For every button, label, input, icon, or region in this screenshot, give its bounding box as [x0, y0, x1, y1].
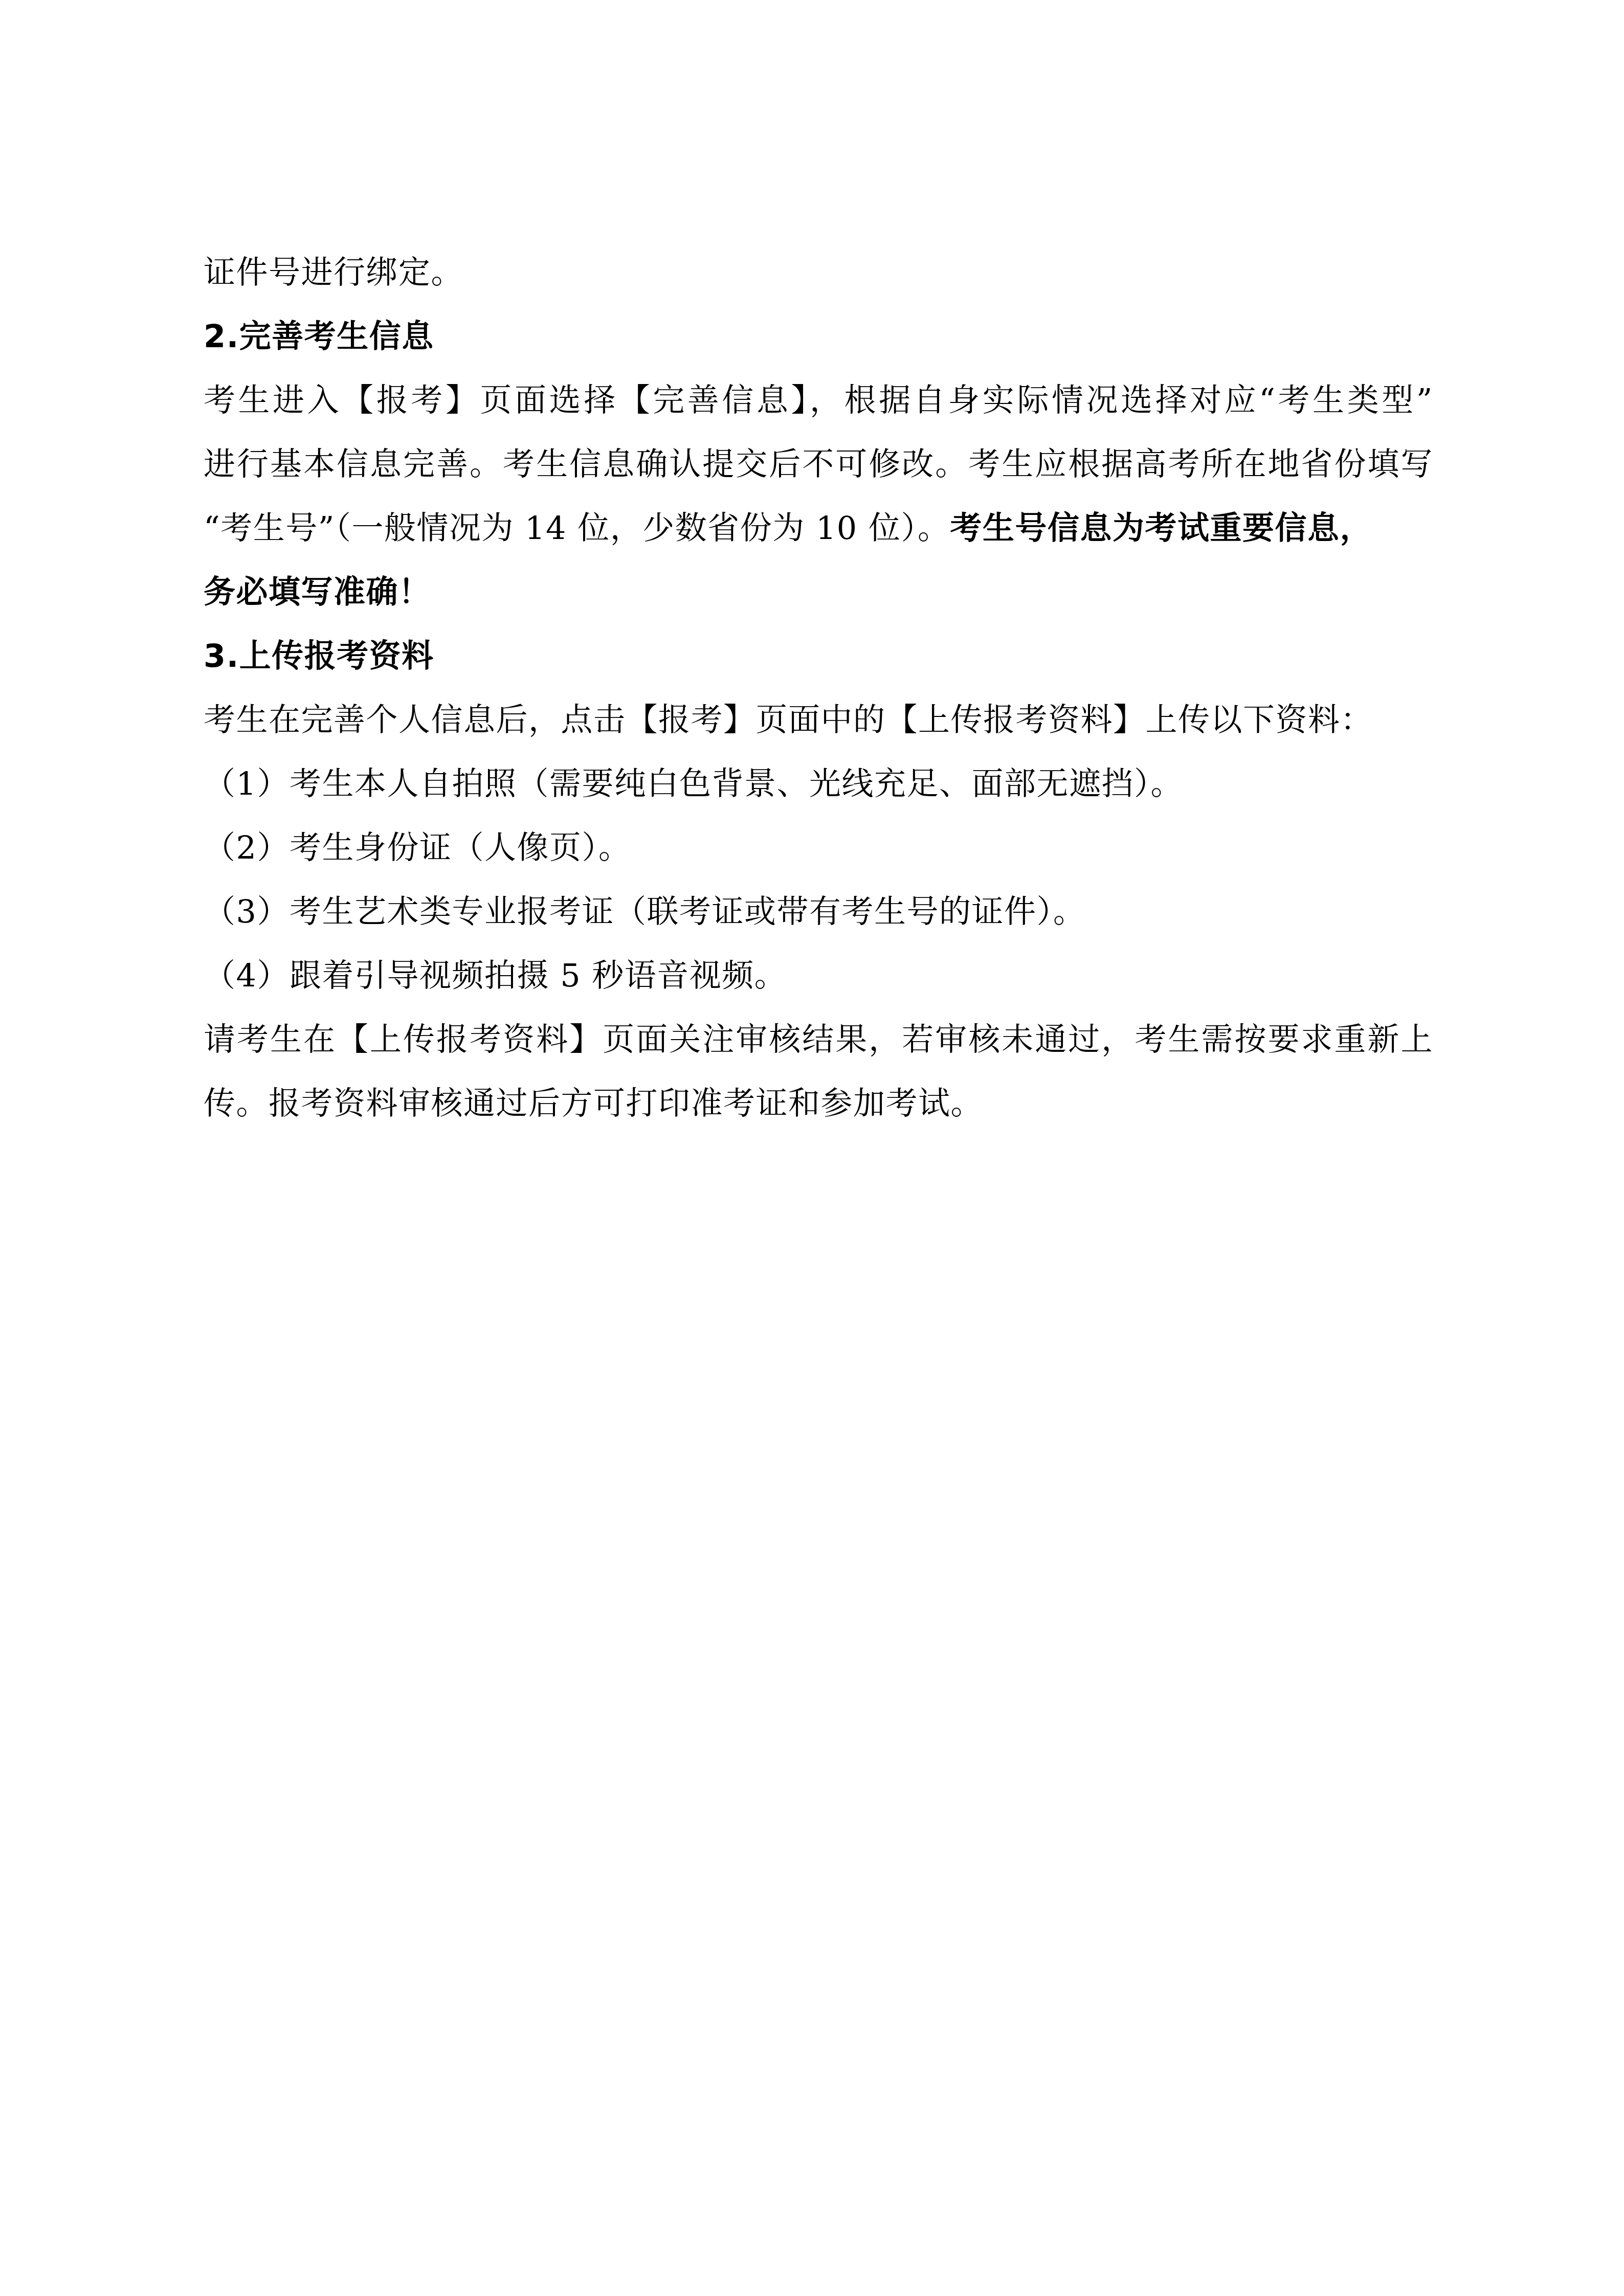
closing-paragraph-line-1: 请考生在【上传报考资料】页面关注审核结果，若审核未通过，考生需按要求重新上 — [204, 1007, 1433, 1071]
section-3-heading: 3.上传报考资料 — [204, 624, 1433, 688]
section-2-paragraph-line-3: “考生号”（一般情况为 14 位，少数省份为 10 位）。考生号信息为考试重要信… — [204, 496, 1433, 560]
list-item-art-exam-card: （3）考生艺术类专业报考证（联考证或带有考生号的证件）。 — [204, 880, 1433, 943]
important-warning-continued: 务必填写准确！ — [204, 560, 1433, 624]
list-item-id-card: （2）考生身份证（人像页）。 — [204, 816, 1433, 880]
section-2-heading: 2.完善考生信息 — [204, 304, 1433, 368]
document-page: 证件号进行绑定。 2.完善考生信息 考生进入【报考】页面选择【完善信息】，根据自… — [204, 240, 1433, 1135]
section-2-paragraph-line-2: 进行基本信息完善。考生信息确认提交后不可修改。考生应根据高考所在地省份填写 — [204, 432, 1433, 496]
list-item-selfie: （1）考生本人自拍照（需要纯白色背景、光线充足、面部无遮挡）。 — [204, 752, 1433, 816]
important-warning: 考生号信息为考试重要信息， — [950, 509, 1373, 547]
exam-number-note: “考生号”（一般情况为 14 位，少数省份为 10 位）。 — [204, 509, 950, 547]
section-2-paragraph-line-1: 考生进入【报考】页面选择【完善信息】，根据自身实际情况选择对应“考生类型” — [204, 368, 1433, 432]
section-3-intro: 考生在完善个人信息后，点击【报考】页面中的【上传报考资料】上传以下资料： — [204, 688, 1433, 752]
closing-paragraph-line-2: 传。报考资料审核通过后方可打印准考证和参加考试。 — [204, 1071, 1433, 1135]
list-item-voice-video: （4）跟着引导视频拍摄 5 秒语音视频。 — [204, 943, 1433, 1007]
continuation-text: 证件号进行绑定。 — [204, 240, 1433, 304]
